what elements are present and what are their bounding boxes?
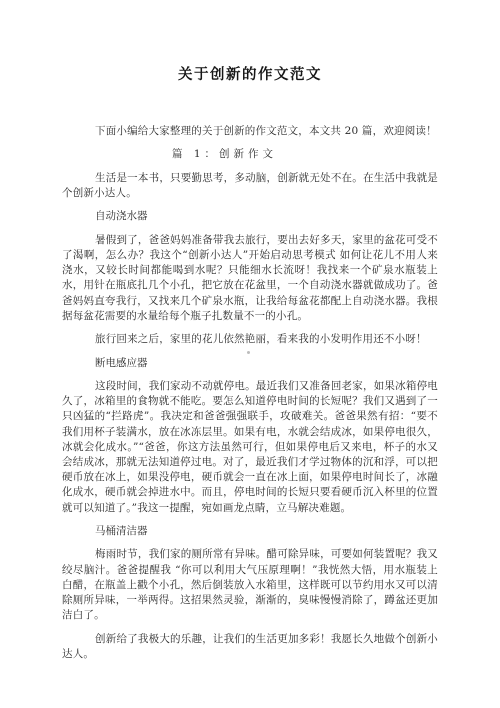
- page-title: 关于创新的作文范文: [62, 67, 438, 84]
- paragraph-auto-waterer: 暑假到了，爸爸妈妈准备带我去旅行，要出去好多天，家里的盆花可受不了渴啊，怎么办？…: [62, 233, 438, 324]
- paragraph-life-intro: 生活是一本书，只要勤思考，多动脑，创新就无处不在。在生活中我就是个创新小达人。: [62, 171, 438, 201]
- subheading-power-sensor: 断电感应器: [62, 356, 438, 371]
- subheading-toilet-cleaner: 马桶清洁器: [62, 524, 438, 539]
- paragraph-travel-return: 旅行回来之后，家里的花儿依然艳丽，看来我的小发明作用还不小呀！: [62, 332, 438, 347]
- chapter-heading: 篇 1：创新作文: [62, 147, 438, 162]
- paragraph-toilet-cleaner: 梅雨时节，我们家的厕所常有异味。醋可除异味，可要如何装置呢？我又绞尽脑汁。爸爸提…: [62, 547, 438, 623]
- intro-paragraph: 下面小编给大家整理的关于创新的作文范文，本文共 20 篇，欢迎阅读！: [62, 124, 438, 139]
- document-page: 关于创新的作文范文 下面小编给大家整理的关于创新的作文范文，本文共 20 篇，欢…: [0, 0, 500, 708]
- scan-artifact-dot: [247, 351, 250, 354]
- document-body: 关于创新的作文范文 下面小编给大家整理的关于创新的作文范文，本文共 20 篇，欢…: [62, 0, 438, 670]
- paragraph-conclusion: 创新给了我极大的乐趣，让我们的生活更加多彩！我愿长久地做个创新小达人。: [62, 632, 438, 662]
- subheading-auto-waterer: 自动浇水器: [62, 209, 438, 224]
- paragraph-power-sensor: 这段时间，我们家动不动就停电。最近我们又准备回老家，如果冰箱停电久了，冰箱里的食…: [62, 379, 438, 516]
